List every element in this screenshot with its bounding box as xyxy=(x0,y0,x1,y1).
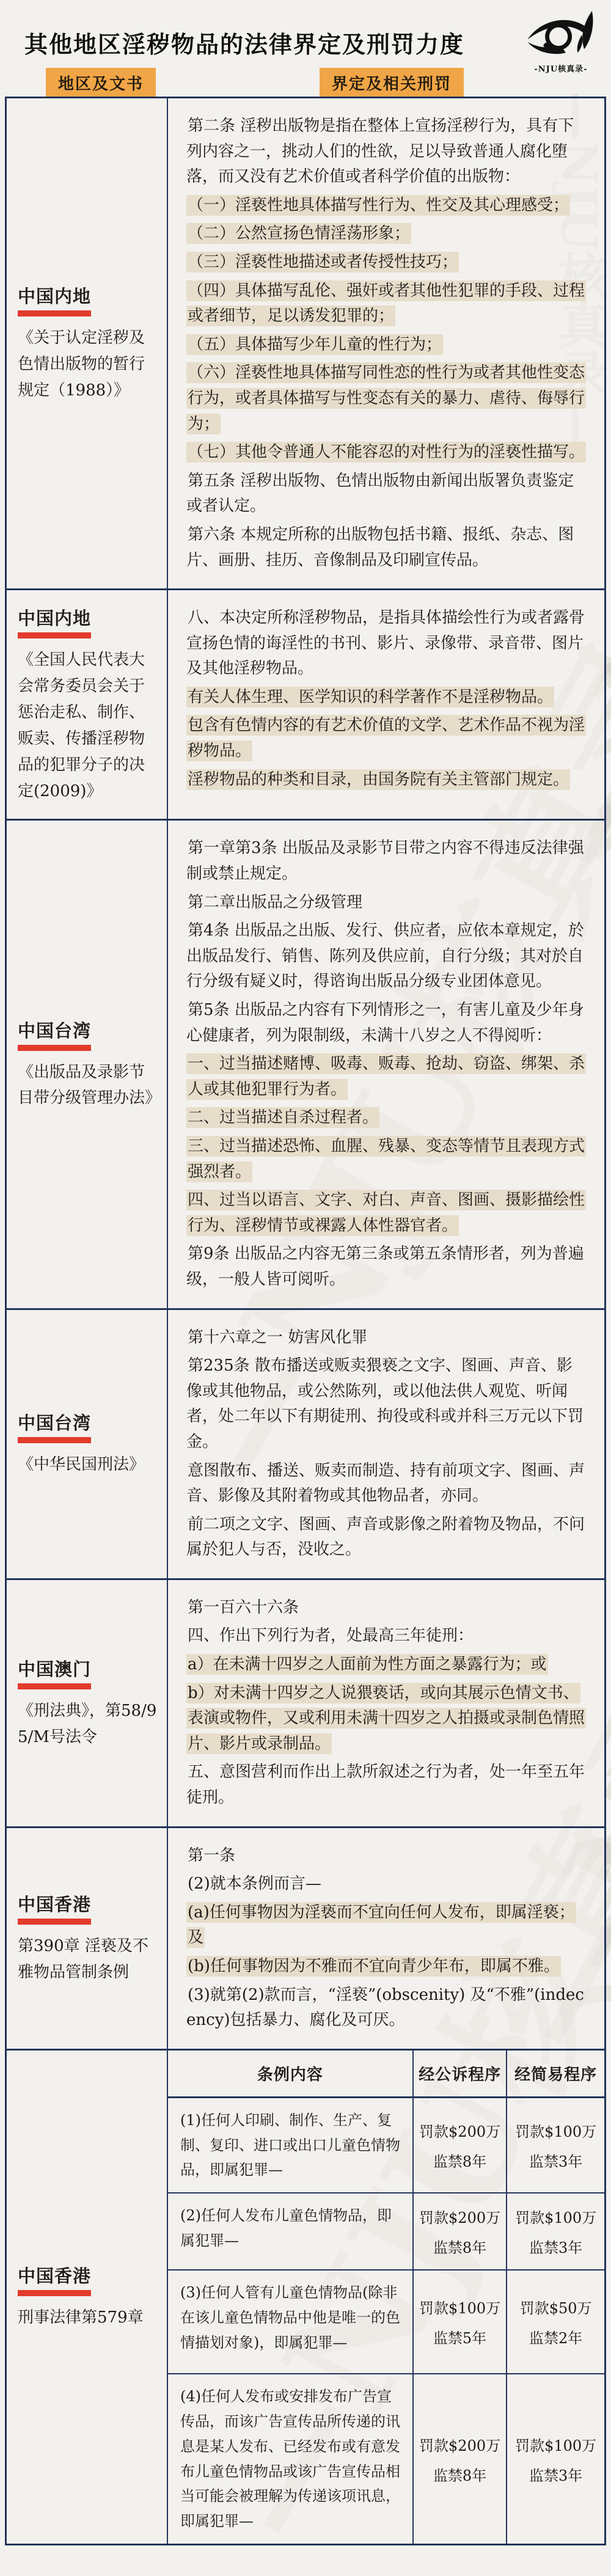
law-paragraph: 第十六章之一 妨害风化罪 xyxy=(186,1325,587,1351)
law-paragraph: 第5条 出版品之内容有下列情形之一，有害儿童及少年身心健康者，列为限制级，未满十… xyxy=(186,998,587,1048)
jail-term: 监禁5年 xyxy=(433,2326,486,2347)
law-paragraph: (3)就第(2)款而言，“淫亵”(obscenity) 及“不雅”(indece… xyxy=(186,1983,587,2033)
law-paragraph: 五、意图营利而作出上款所叙述之行为者，处一年至五年徒刑。 xyxy=(186,1760,587,1810)
region-cell: 中国澳门 《刑法典》，第58/95/M号法令 xyxy=(7,1580,168,1826)
document-title: 《全国人民代表大会常务委员会关于惩治走私、制作、贩卖、传播淫秽物品的犯罪分子的决… xyxy=(18,647,158,804)
law-paragraph: 第五条 淫秽出版物、色情出版物由新闻出版署负责鉴定或者认定。 xyxy=(186,469,587,519)
law-paragraph: （四）具体描写乱伦、强奸或者其他性犯罪的手段、过程或者细节，足以诱发犯罪的； xyxy=(186,279,587,329)
nested-table: 条例内容 经公诉程序 经简易程序 (1)任何人印刷、制作、生产、复制、复印、进口… xyxy=(168,2051,604,2544)
region-name: 中国台湾 xyxy=(18,1020,91,1041)
region-cell: 中国香港 第390章 淫亵及不雅物品管制条例 xyxy=(7,1828,168,2049)
region-underline xyxy=(18,632,91,639)
fine-amount: 罚款$50万 xyxy=(520,2296,592,2318)
jail-term: 监禁8年 xyxy=(433,2464,486,2485)
table-row: 中国澳门 《刑法典》，第58/95/M号法令 第一百六十六条 四、作出下列行为者… xyxy=(7,1578,604,1826)
region-underline xyxy=(18,310,91,317)
law-paragraph: (2)就本条例而言— xyxy=(186,1872,587,1897)
prosecution-penalty: 罚款$200万 监禁8年 xyxy=(412,2373,507,2544)
law-paragraph: 第4条 出版品之出版、发行、供应者，应依本章规定，於出版品发行、销售、陈列及供应… xyxy=(186,918,587,995)
content-cell: 八、本决定所称淫秽物品，是指具体描绘性行为或者露骨宣扬色情的诲淫性的书刊、影片、… xyxy=(168,590,604,819)
jail-term: 监禁2年 xyxy=(529,2326,582,2347)
summary-penalty: 罚款$100万 监禁3年 xyxy=(506,2373,604,2544)
law-paragraph: (a)任何事物因为淫亵而不宜向任何人发布，即属淫亵；及 xyxy=(186,1900,587,1951)
document-title: 《关于认定淫秽及色情出版物的暂行规定（1988）》 xyxy=(18,325,158,404)
region-cell: 中国内地 《全国人民代表大会常务委员会关于惩治走私、制作、贩卖、传播淫秽物品的犯… xyxy=(7,590,168,819)
summary-penalty: 罚款$100万 监禁3年 xyxy=(506,2192,604,2269)
table-row: 中国台湾 《中华民国刑法》 第十六章之一 妨害风化罪 第235条 散布播送或贩卖… xyxy=(7,1308,604,1578)
law-paragraph: 三、过当描述恐怖、血腥、残暴、变态等情节且表现方式强烈者。 xyxy=(186,1134,587,1185)
document-title: 《刑法典》，第58/95/M号法令 xyxy=(18,1698,158,1751)
law-paragraph: 第一章第3条 出版品及录影节目带之内容不得违反法律强制或禁止规定。 xyxy=(186,836,587,887)
content-cell: 条例内容 经公诉程序 经简易程序 (1)任何人印刷、制作、生产、复制、复印、进口… xyxy=(168,2051,604,2544)
content-cell: 第十六章之一 妨害风化罪 第235条 散布播送或贩卖猥亵之文字、图画、声音、影像… xyxy=(168,1310,604,1578)
prosecution-penalty: 罚款$200万 监禁8年 xyxy=(412,2098,507,2192)
content-cell: 第一百六十六条 四、作出下列行为者，处最高三年徒刑： a）在未满十四岁之人面前为… xyxy=(168,1580,604,1826)
content-cell: 第一条 (2)就本条例而言— (a)任何事物因为淫亵而不宜向任何人发布，即属淫亵… xyxy=(168,1828,604,2049)
region-label: 中国内地 xyxy=(18,605,91,639)
law-paragraph: 二、过当描述自杀过程者。 xyxy=(186,1105,587,1131)
nju-logo: -NJU核真录- xyxy=(518,9,604,74)
fine-amount: 罚款$100万 xyxy=(515,2120,596,2141)
law-paragraph: 四、作出下列行为者，处最高三年徒刑： xyxy=(186,1623,587,1649)
jail-term: 监禁8年 xyxy=(433,2236,486,2257)
region-cell: 中国台湾 《中华民国刑法》 xyxy=(7,1310,168,1578)
region-cell: 中国香港 刑事法律第579章 xyxy=(7,2051,168,2544)
region-name: 中国澳门 xyxy=(18,1659,91,1680)
table-row: 中国内地 《关于认定淫秽及色情出版物的暂行规定（1988）》 第二条 淫秽出版物… xyxy=(7,98,604,588)
law-paragraph: （一）淫亵性地具体描写性行为、性交及其心理感受； xyxy=(186,193,587,219)
law-paragraph: 包含有色情内容的有艺术价值的文学、艺术作品不视为淫秽物品。 xyxy=(186,713,587,764)
region-label: 中国内地 xyxy=(18,283,91,317)
region-name: 中国内地 xyxy=(18,608,91,629)
page: —NJU核真录— —NJU核真录— —NJU核真录— —NJU核真录— —NJU… xyxy=(0,0,611,2576)
document-title: 刑事法律第579章 xyxy=(18,2305,158,2331)
region-label: 中国香港 xyxy=(18,2263,91,2296)
header: 其他地区淫秽物品的法律界定及刑罚力度 -NJU核真录- 地区及文书 界定及相关刑… xyxy=(0,0,611,97)
table-row: 中国香港 第390章 淫亵及不雅物品管制条例 第一条 (2)就本条例而言— (a… xyxy=(7,1826,604,2049)
table-row: 中国香港 刑事法律第579章 条例内容 经公诉程序 经简易程序 (1)任何人印刷… xyxy=(7,2049,604,2544)
jail-term: 监禁8年 xyxy=(433,2150,486,2171)
region-underline xyxy=(18,2290,91,2296)
law-paragraph: 一、过当描述赌博、吸毒、贩毒、抢劫、窃盗、绑架、杀人或其他犯罪行为者。 xyxy=(186,1052,587,1102)
fine-amount: 罚款$100万 xyxy=(515,2434,596,2455)
nested-header-prosecution: 经公诉程序 xyxy=(412,2051,507,2098)
fine-amount: 罚款$200万 xyxy=(419,2434,500,2455)
badge-definition-penalty: 界定及相关刑罚 xyxy=(320,68,464,98)
region-underline xyxy=(18,1919,91,1925)
law-paragraph: 第二条 淫秽出版物是指在整体上宣扬淫秽行为，具有下列内容之一，挑动人们的性欲，足… xyxy=(186,114,587,190)
prosecution-penalty: 罚款$100万 监禁5年 xyxy=(412,2269,507,2373)
document-title: 《出版品及录影节目带分级管理办法》 xyxy=(18,1059,158,1112)
law-paragraph: 第9条 出版品之内容无第三条或第五条情形者，列为普遍级，一般人皆可阅听。 xyxy=(186,1242,587,1292)
law-paragraph: （五）具体描写少年儿童的性行为； xyxy=(186,332,587,358)
content-cell: 第一章第3条 出版品及录影节目带之内容不得违反法律强制或禁止规定。 第二章出版品… xyxy=(168,821,604,1308)
jail-term: 监禁3年 xyxy=(529,2150,582,2171)
region-label: 中国台湾 xyxy=(18,1410,91,1443)
law-paragraph: 意图散布、播送、贩卖而制造、持有前项文字、图画、声音、影像及其附着物或其他物品者… xyxy=(186,1458,587,1509)
region-underline xyxy=(18,1683,91,1689)
region-name: 中国香港 xyxy=(18,2266,91,2286)
region-underline xyxy=(18,1437,91,1443)
region-cell: 中国台湾 《出版品及录影节目带分级管理办法》 xyxy=(7,821,168,1308)
law-paragraph: （三）淫亵性地描述或者传授性技巧； xyxy=(186,250,587,276)
region-cell: 中国内地 《关于认定淫秽及色情出版物的暂行规定（1988）》 xyxy=(7,98,168,588)
law-paragraph: 四、过当以语言、文字、对白、声音、图画、摄影描绘性行为、淫秽情节或裸露人体性器官… xyxy=(186,1188,587,1239)
law-paragraph: 第六条 本规定所称的出版物包括书籍、报纸、杂志、图片、画册、挂历、音像制品及印刷… xyxy=(186,522,587,573)
fine-amount: 罚款$100万 xyxy=(515,2206,596,2227)
law-paragraph: b）对未满十四岁之人说猥亵话，或向其展示色情文书、表演或物件，又或利用未满十四岁… xyxy=(186,1681,587,1757)
region-name: 中国台湾 xyxy=(18,1413,91,1433)
law-paragraph: （二）公然宣扬色情淫荡形象； xyxy=(186,221,587,247)
law-paragraph: 淫秽物品的种类和目录，由国务院有关主管部门规定。 xyxy=(186,767,587,793)
clause-content: (2)任何人发布儿童色情物品，即属犯罪— xyxy=(168,2192,412,2269)
law-paragraph: 第一百六十六条 xyxy=(186,1595,587,1621)
table-row: 中国台湾 《出版品及录影节目带分级管理办法》 第一章第3条 出版品及录影节目带之… xyxy=(7,819,604,1308)
summary-penalty: 罚款$50万 监禁2年 xyxy=(506,2269,604,2373)
region-label: 中国澳门 xyxy=(18,1656,91,1689)
nested-header-summary: 经简易程序 xyxy=(506,2051,604,2098)
eye-magnifier-logo xyxy=(525,9,597,61)
law-paragraph: 前二项之文字、图画、声音或影像之附着物及物品，不问属於犯人与否，没收之。 xyxy=(186,1512,587,1563)
law-table: 中国内地 《关于认定淫秽及色情出版物的暂行规定（1988）》 第二条 淫秽出版物… xyxy=(5,97,606,2545)
clause-content: (1)任何人印刷、制作、生产、复制、复印、进口或出口儿童色情物品，即属犯罪— xyxy=(168,2098,412,2192)
fine-amount: 罚款$200万 xyxy=(419,2120,500,2141)
law-paragraph: 有关人体生理、医学知识的科学著作不是淫秽物品。 xyxy=(186,685,587,711)
law-paragraph: a）在未满十四岁之人面前为性方面之暴露行为；或 xyxy=(186,1652,587,1678)
document-title: 第390章 淫亵及不雅物品管制条例 xyxy=(18,1933,158,1986)
fine-amount: 罚款$100万 xyxy=(419,2296,500,2318)
law-paragraph: (b)任何事物因为不雅而不宜向青少年布，即属不雅。 xyxy=(186,1954,587,1980)
fine-amount: 罚款$200万 xyxy=(419,2206,500,2227)
region-label: 中国香港 xyxy=(18,1891,91,1925)
badge-region-docs: 地区及文书 xyxy=(46,68,156,98)
law-paragraph: （七）其他令普通人不能容忍的对性行为的淫亵性描写。 xyxy=(186,440,587,466)
law-paragraph: 第一条 xyxy=(186,1843,587,1869)
region-underline xyxy=(18,1045,91,1051)
jail-term: 监禁3年 xyxy=(529,2236,582,2257)
region-name: 中国香港 xyxy=(18,1894,91,1915)
content-cell: 第二条 淫秽出版物是指在整体上宣扬淫秽行为，具有下列内容之一，挑动人们的性欲，足… xyxy=(168,98,604,588)
clause-content: (4)任何人发布或安排发布广告宣传品，而该广告宣传品所传递的讯息是某人发布、已经… xyxy=(168,2373,412,2544)
nested-header-content: 条例内容 xyxy=(168,2051,412,2098)
region-label: 中国台湾 xyxy=(18,1017,91,1051)
region-name: 中国内地 xyxy=(18,286,91,307)
law-paragraph: 第235条 散布播送或贩卖猥亵之文字、图画、声音、影像或其他物品，或公然陈列，或… xyxy=(186,1353,587,1455)
jail-term: 监禁3年 xyxy=(529,2464,582,2485)
law-paragraph: 八、本决定所称淫秽物品，是指具体描绘性行为或者露骨宣扬色情的诲淫性的书刊、影片、… xyxy=(186,606,587,682)
table-row: 中国内地 《全国人民代表大会常务委员会关于惩治走私、制作、贩卖、传播淫秽物品的犯… xyxy=(7,588,604,819)
law-paragraph: 第二章出版品之分级管理 xyxy=(186,890,587,916)
law-paragraph: （六）淫亵性地具体描写同性恋的性行为或者其他性变态行为，或者具体描写与性变态有关… xyxy=(186,360,587,437)
column-badges: 地区及文书 界定及相关刑罚 xyxy=(0,68,611,98)
prosecution-penalty: 罚款$200万 监禁8年 xyxy=(412,2192,507,2269)
document-title: 《中华民国刑法》 xyxy=(18,1452,158,1478)
summary-penalty: 罚款$100万 监禁3年 xyxy=(506,2098,604,2192)
clause-content: (3)任何人管有儿童色情物品(除非在该儿童色情物品中他是唯一的色情描划对象)，即… xyxy=(168,2269,412,2373)
